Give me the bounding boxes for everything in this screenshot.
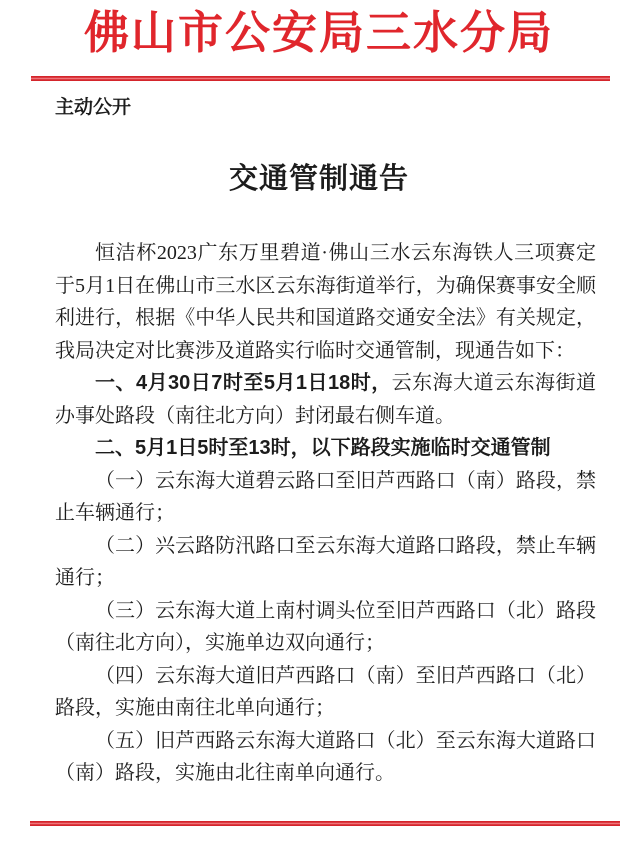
paragraph: （三）云东海大道上南村调头位至旧芦西路口（北）路段（南往北方向），实施单边双向通… [55, 595, 596, 660]
paragraph: （五）旧芦西路云东海大道路口（北）至云东海大道路口（南）路段，实施由北往南单向通… [55, 725, 596, 790]
text-run: 恒洁杯2023广东万里碧道·佛山三水云东海铁人三项赛定于5月1日在佛山市三水区云… [55, 242, 596, 362]
header-divider [31, 76, 610, 81]
paragraph: （一）云东海大道碧云路口至旧芦西路口（南）路段，禁止车辆通行； [55, 465, 596, 530]
footer-divider [30, 821, 620, 826]
text-run: （四）云东海大道旧芦西路口（南）至旧芦西路口（北）路段，实施由南往北单向通行； [55, 665, 596, 720]
paragraph: 一、4月30日7时至5月1日18时，云东海大道云东海街道办事处路段（南往北方向）… [55, 367, 596, 432]
text-run-bold: 一、4月30日7时至5月1日18时， [95, 372, 392, 394]
paragraph: （四）云东海大道旧芦西路口（南）至旧芦西路口（北）路段，实施由南往北单向通行； [55, 660, 596, 725]
document-page: 佛山市公安局三水分局 主动公开 交通管制通告 恒洁杯2023广东万里碧道·佛山三… [0, 0, 638, 846]
paragraph: （二）兴云路防汛路口至云东海大道路口路段，禁止车辆通行； [55, 530, 596, 595]
notice-title: 交通管制通告 [0, 156, 638, 197]
disclosure-label: 主动公开 [55, 92, 131, 119]
text-run: （三）云东海大道上南村调头位至旧芦西路口（北）路段（南往北方向），实施单边双向通… [55, 600, 596, 655]
notice-body: 恒洁杯2023广东万里碧道·佛山三水云东海铁人三项赛定于5月1日在佛山市三水区云… [55, 237, 596, 790]
text-run: （一）云东海大道碧云路口至旧芦西路口（南）路段，禁止车辆通行； [55, 470, 596, 525]
agency-name: 佛山市公安局三水分局 [0, 4, 638, 62]
text-run: （五）旧芦西路云东海大道路口（北）至云东海大道路口（南）路段，实施由北往南单向通… [55, 730, 596, 785]
text-run: （二）兴云路防汛路口至云东海大道路口路段，禁止车辆通行； [55, 535, 596, 590]
paragraph: 二、5月1日5时至13时，以下路段实施临时交通管制 [55, 432, 596, 465]
paragraph: 恒洁杯2023广东万里碧道·佛山三水云东海铁人三项赛定于5月1日在佛山市三水区云… [55, 237, 596, 367]
text-run-bold: 二、5月1日5时至13时，以下路段实施临时交通管制 [95, 437, 551, 459]
